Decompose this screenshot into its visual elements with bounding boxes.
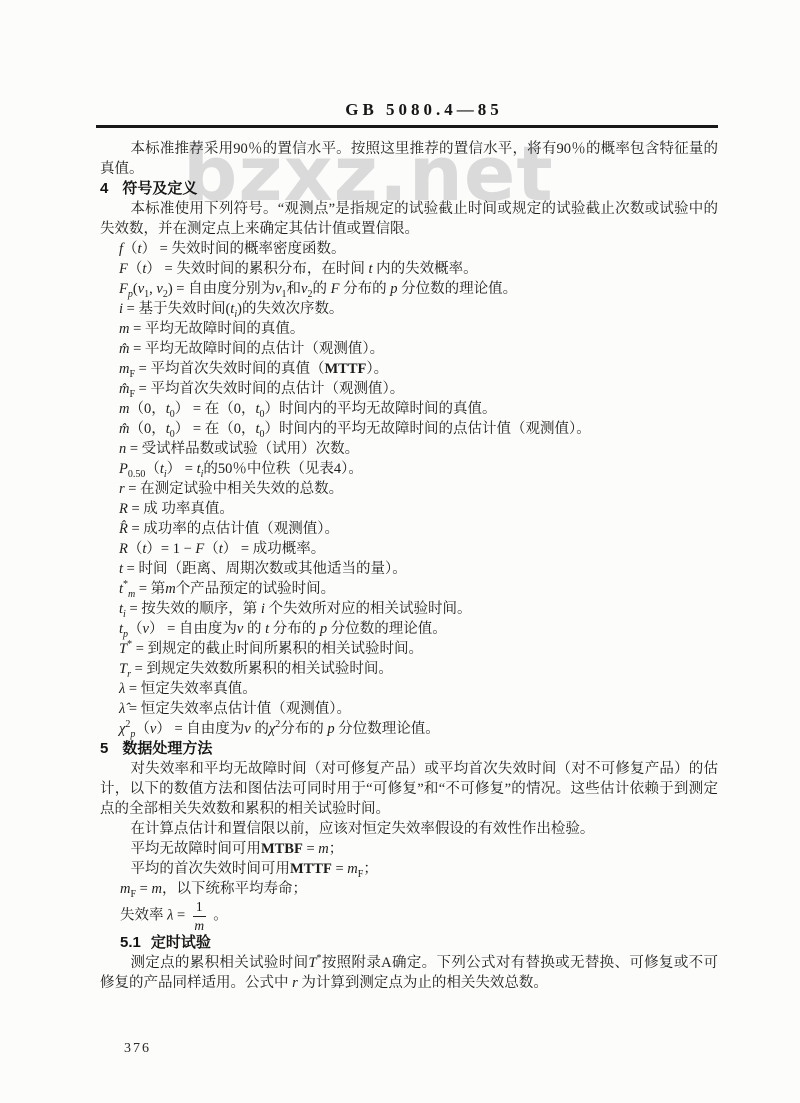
mtbf-line: 平均无故障时间可用MTBF = m；: [100, 839, 718, 859]
symbol-line: R（t）= 1 − F（t） = 成功概率。: [119, 539, 718, 559]
failure-rate-prefix: 失效率 λ =: [120, 908, 189, 924]
section-5-1-heading: 5.1定时试验: [100, 933, 718, 953]
symbol-line: m̂F = 平均首次失效时间的点估计（观测值）。: [119, 379, 718, 399]
symbol-line: Fp(v1, v2) = 自由度分别为v1和v2的 F 分布的 p 分位数的理论…: [119, 279, 718, 299]
symbol-line: χ2p（v） = 自由度为v 的χ2分布的 p 分位数理论值。: [119, 719, 718, 739]
symbol-line: m̂ = 平均无故障时间的点估计（观测值）。: [119, 339, 718, 359]
symbol-line: λ = 恒定失效率真值。: [119, 679, 718, 699]
symbol-line: R = 成 功率真值。: [119, 499, 718, 519]
header-rule: [96, 125, 718, 128]
symbol-line: mF = 平均首次失效时间的真值（MTTF）。: [119, 359, 718, 379]
section-5-1-number: 5.1: [120, 934, 141, 951]
section-5-number: 5: [100, 740, 108, 757]
mean-life-line: mF = m，以下统称平均寿命；: [100, 879, 718, 899]
section-5-heading: 5数据处理方法: [100, 739, 718, 759]
section-4-number: 4: [100, 180, 108, 197]
standard-code-header: GB 5080.4—85: [0, 100, 800, 120]
section-4-intro-paragraph: 本标准使用下列符号。“观测点”是指规定的试验截止时间或规定的试验截止次数或试验中…: [100, 199, 718, 239]
symbol-line: ti = 按失效的顺序，第 i 个失效所对应的相关试验时间。: [119, 599, 718, 619]
fraction-numerator: 1: [193, 899, 206, 917]
section-5-title: 数据处理方法: [122, 740, 212, 757]
symbol-line: R̂ = 成功率的点估计值（观测值）。: [119, 519, 718, 539]
fraction: 1m: [193, 899, 206, 933]
fraction-denominator: m: [193, 917, 206, 934]
failure-rate-suffix: 。: [210, 908, 228, 924]
document-page: bzxz.net GB 5080.4—85 本标准推荐采用90％的置信水平。按照…: [0, 0, 800, 1103]
symbol-line: λ̂ = 恒定失效率点估计值（观测值）。: [119, 699, 718, 719]
symbol-line: P0.50（ti） = ti的50％中位秩（见表4）。: [119, 459, 718, 479]
symbol-line: tp（v） = 自由度为v 的 t 分布的 p 分位数的理论值。: [119, 619, 718, 639]
symbol-line: f（t） = 失效时间的概率密度函数。: [119, 239, 718, 259]
section-4-title: 符号及定义: [122, 180, 197, 197]
section-4-heading: 4符号及定义: [100, 179, 718, 199]
symbol-line: r = 在测定试验中相关失效的总数。: [119, 479, 718, 499]
symbol-line: n = 受试样品数或试验（试用）次数。: [119, 439, 718, 459]
symbol-line: m（0，t0） = 在（0，t0）时间内的平均无故障时间的真值。: [119, 399, 718, 419]
section-5-paragraph-2: 在计算点估计和置信限以前，应该对恒定失效率假设的有效性作出检验。: [100, 819, 718, 839]
symbol-line: m̂（0，t0） = 在（0，t0）时间内的平均无故障时间的点估计值（观测值）。: [119, 419, 718, 439]
symbol-line: t = 时间（距离、周期次数或其他适当的量）。: [119, 559, 718, 579]
symbol-line: m = 平均无故障时间的真值。: [119, 319, 718, 339]
symbol-line: T* = 到规定的截止时间所累积的相关试验时间。: [119, 639, 718, 659]
symbol-line: i = 基于失效时间(ti)的失效次序数。: [119, 299, 718, 319]
symbol-line: F（t） = 失效时间的累积分布，在时间 t 内的失效概率。: [119, 259, 718, 279]
page-number: 376: [124, 1041, 151, 1057]
section-5-1-title: 定时试验: [151, 934, 211, 951]
symbol-definition-list: f（t） = 失效时间的概率密度函数。F（t） = 失效时间的累积分布，在时间 …: [100, 239, 718, 739]
symbol-line: t*m = 第m个产品预定的试验时间。: [119, 579, 718, 599]
confidence-level-paragraph: 本标准推荐采用90％的置信水平。按照这里推荐的置信水平，将有90％的概率包含特征…: [100, 139, 718, 179]
document-content: 本标准推荐采用90％的置信水平。按照这里推荐的置信水平，将有90％的概率包含特征…: [100, 139, 718, 993]
section-5-1-paragraph: 测定点的累积相关试验时间T*按照附录A确定。下列公式对有替换或无替换、可修复或不…: [100, 953, 718, 993]
symbol-line: Tr = 到规定失效数所累积的相关试验时间。: [119, 659, 718, 679]
failure-rate-line: 失效率 λ = 1m 。: [100, 899, 718, 933]
section-5-paragraph-1: 对失效率和平均无故障时间（对可修复产品）或平均首次失效时间（对不可修复产品）的估…: [100, 759, 718, 819]
mttf-line: 平均的首次失效时间可用MTTF = mF；: [100, 859, 718, 879]
